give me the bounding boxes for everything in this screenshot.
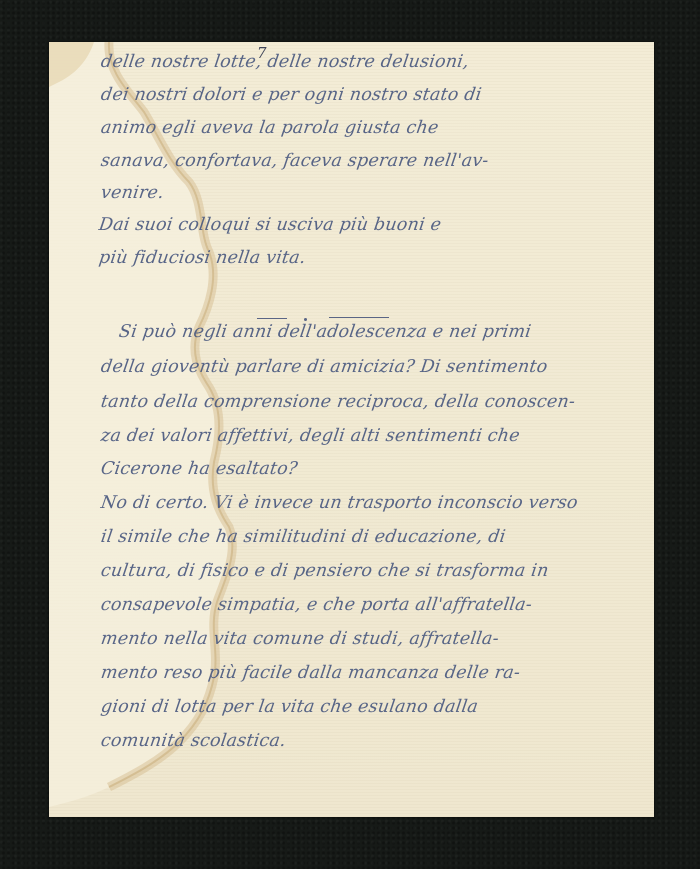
text-line: dei nostri dolori e per ogni nostro stat… [100, 85, 483, 105]
text-line: cultura, di fisico e di pensiero che si … [100, 561, 550, 581]
text-line: della gioventù parlare di amicizia? Di s… [100, 357, 549, 377]
text-line: consapevole simpatia, e che porta all'af… [100, 595, 534, 615]
text-line: za dei valori affettivi, degli alti sent… [100, 426, 522, 446]
text-line: sanava, confortava, faceva sperare nell'… [100, 151, 490, 171]
separator-dash [257, 318, 287, 319]
text-line: animo egli aveva la parola giusta che [100, 118, 440, 138]
manuscript-page: 7 delle nostre lotte, delle nostre delus… [49, 42, 654, 817]
text-line: più fiduciosi nella vita. [98, 248, 307, 268]
text-line: comunità scolastica. [100, 731, 288, 751]
text-line: delle nostre lotte, delle nostre delusio… [100, 52, 471, 72]
text-line: mento reso più facile dalla mancanza del… [100, 663, 522, 683]
separator-dot [304, 318, 307, 321]
text-line: gioni di lotta per la vita che esulano d… [100, 697, 480, 717]
text-line: mento nella vita comune di studi, affrat… [100, 629, 501, 649]
text-line: Si può negli anni dell'adolescenza e nei… [118, 322, 533, 342]
text-line: No di certo. Vi è invece un trasporto in… [100, 493, 580, 513]
text-line: tanto della comprensione reciproca, dell… [100, 392, 577, 412]
text-line: il simile che ha similitudini di educazi… [100, 527, 507, 547]
text-line: Dai suoi colloqui si usciva più buoni e [98, 215, 443, 235]
separator-dash [329, 317, 389, 318]
section-separator [257, 314, 419, 324]
text-line: Cicerone ha esaltato? [100, 459, 299, 479]
text-line: venire. [100, 183, 166, 203]
